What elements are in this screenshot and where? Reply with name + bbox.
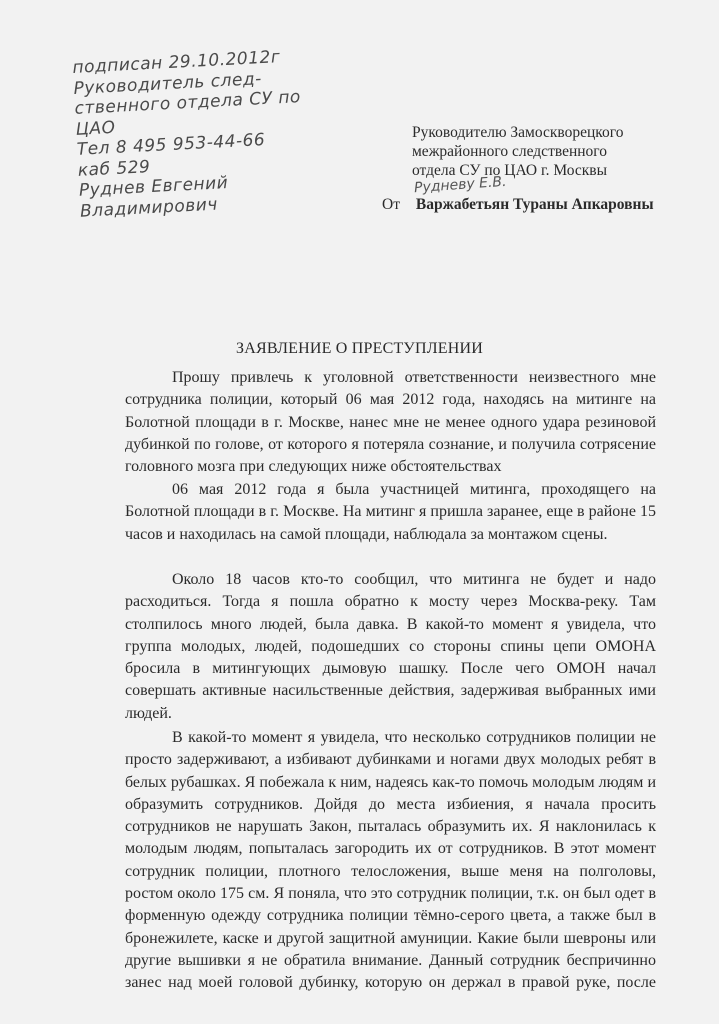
document-title: ЗАЯВЛЕНИЕ О ПРЕСТУПЛЕНИИ [0,340,719,358]
handwritten-annotation: подписан 29.10.2012г Руководитель след- … [72,45,330,222]
paragraph-events: Около 18 часов кто-то сообщил, что митин… [125,569,656,725]
from-label: От [382,195,412,214]
addressee-line: межрайонного следственного [412,142,624,161]
sender-block: От Варжабетьян Тураны Апкаровны [382,195,654,214]
addressee-line: Руководителю Замоскворецкого [412,123,624,142]
addressee-block: Руководителю Замоскворецкого межрайонног… [412,123,624,180]
paragraph-text: 06 мая 2012 года я была участницей митин… [125,479,656,546]
paragraph-arrival: 06 мая 2012 года я была участницей митин… [125,479,656,546]
document-page: подписан 29.10.2012г Руководитель след- … [0,0,719,1024]
sender-name: Варжабетьян Тураны Апкаровны [416,196,654,213]
paragraph-text: В какой-то момент я увидела, что несколь… [125,727,656,995]
paragraph-text: Прошу привлечь к уголовной ответственнос… [125,367,656,478]
paragraph-request: Прошу привлечь к уголовной ответственнос… [125,367,656,478]
paragraph-text: Около 18 часов кто-то сообщил, что митин… [125,569,656,725]
paragraph-incident: В какой-то момент я увидела, что несколь… [125,727,656,995]
